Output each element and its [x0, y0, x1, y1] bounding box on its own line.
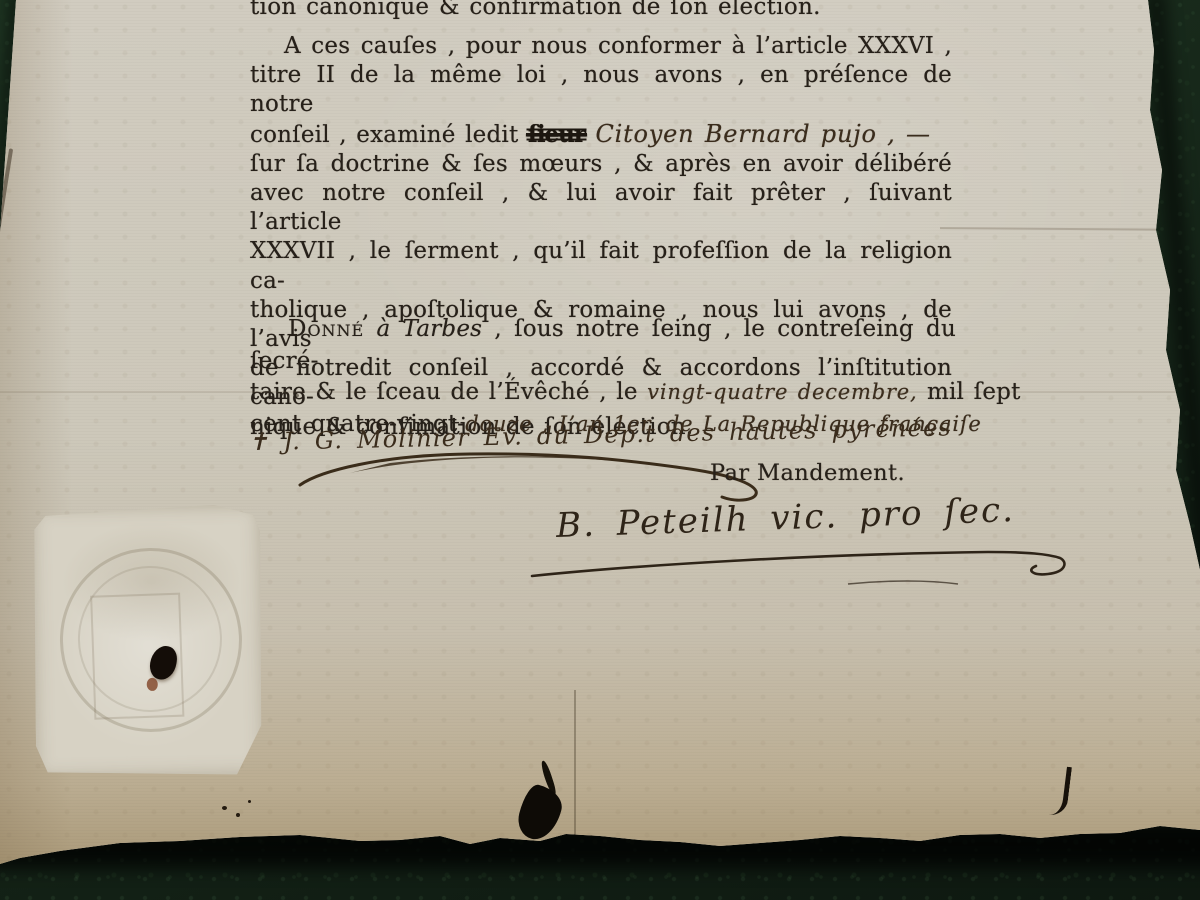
ink-speck	[248, 800, 251, 803]
embossed-paper-seal	[32, 504, 265, 778]
document-sheet: tion canonique & confirmation de ſon éle…	[0, 0, 1200, 900]
horizontal-fold-crease	[0, 391, 1200, 393]
tear-hole	[514, 782, 566, 844]
vertical-crease	[574, 690, 576, 836]
par-mandement-label: Par Mandement.	[710, 460, 905, 486]
printed-line-donne: Donné à Tarbes , ſous notre ſeing , le c…	[250, 314, 956, 377]
place-name-tarbes: à Tarbes	[364, 316, 482, 342]
photo-of-document: { "colors": { "felt_green": "#16271a", "…	[0, 0, 1200, 900]
printed-line: ſur ſa doctrine & ſes mœurs , & après en…	[250, 150, 952, 179]
struck-word: ſieur	[528, 121, 585, 148]
word-donne: Donné	[288, 316, 364, 342]
printed-text-segment: conſeil , examiné ledit	[250, 122, 528, 148]
handwritten-name-insertion: Citoyen Bernard pujo , —	[585, 120, 931, 148]
printed-line: XXXVII , le ſerment , qu’il fait profeſſ…	[250, 237, 952, 295]
ink-speck	[222, 806, 227, 810]
printed-line: avec notre conſeil , & lui avoir fait pr…	[250, 179, 952, 237]
seal-wax-fleck	[147, 678, 158, 691]
torn-flap-mark	[1049, 765, 1072, 817]
paper-fleck	[296, 394, 299, 397]
secretary-signature-underline	[528, 540, 1088, 588]
horizontal-crease-right	[940, 227, 1200, 231]
printed-line-with-insertion: conſeil , examiné ledit ſieur Citoyen Be…	[250, 120, 952, 150]
ink-speck	[236, 813, 240, 817]
printed-line: titre II de la même loi , nous avons , e…	[250, 61, 952, 119]
printed-line-clipped-top: tion canonique & confirmation de ſon éle…	[250, 0, 970, 22]
printed-line: A ces cauſes , pour nous conformer à l’a…	[250, 32, 952, 61]
